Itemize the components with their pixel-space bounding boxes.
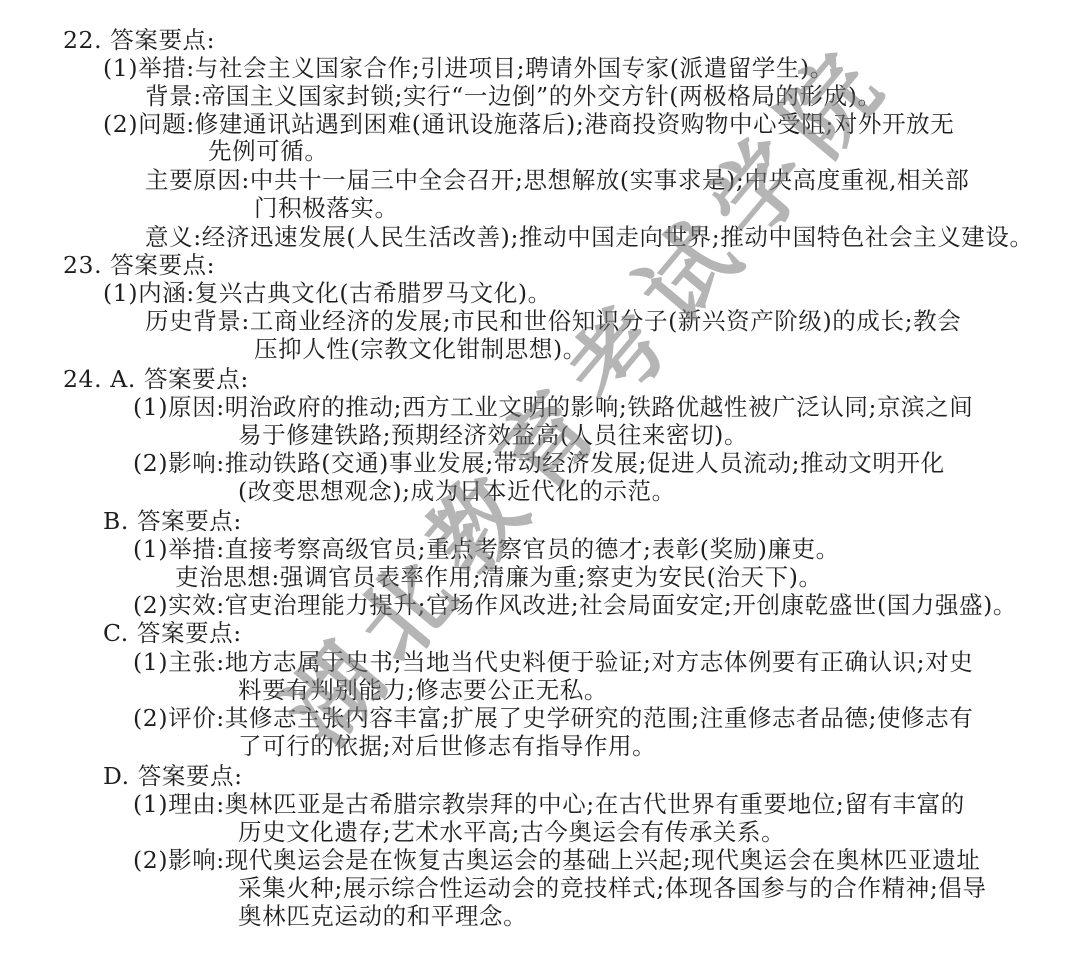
line-6: 门积极落实。 <box>254 194 399 222</box>
line-8: 23. 答案要点: <box>63 251 215 279</box>
line-4: 先例可循。 <box>208 137 329 165</box>
line-7: 意义:经济迅速发展(人民生活改善);推动中国走向世界;推动中国特色社会主义建设。 <box>145 223 1034 251</box>
line-24: (2)评价:其修志主张内容丰富;扩展了史学研究的范围;注重修志者品德;使修志有 <box>133 704 973 732</box>
line-11: 压抑人性(宗教文化钳制思想)。 <box>254 335 587 363</box>
line-26: D. 答案要点: <box>103 762 243 790</box>
line-29: (2)影响:现代奥运会是在恢复古奥运会的基础上兴起;现代奥运会在奥林匹亚遗址 <box>133 846 980 874</box>
line-25: 了可行的依据;对后世修志有指导作用。 <box>238 732 656 760</box>
line-5: 主要原因:中共十一届三中全会召开;思想解放(实事求是);中央高度重视,相关部 <box>145 166 969 194</box>
answer-key-page: 22. 答案要点: (1)举措:与社会主义国家合作;引进项目;聘请外国专家(派遣… <box>0 0 1080 955</box>
line-12: 24. A. 答案要点: <box>63 365 249 393</box>
line-15: (2)影响:推动铁路(交通)事业发展;带动经济发展;促进人员流动;推动文明开化 <box>133 449 945 477</box>
line-21: C. 答案要点: <box>103 619 242 647</box>
line-3: (2)问题:修建通讯站遇到困难(通讯设施落后);港商投资购物中心受阻;对外开放无 <box>103 110 954 138</box>
line-22: (1)主张:地方志属于史书;当地当代史料便于验证;对方志体例要有正确认识;对史 <box>133 648 973 676</box>
line-23: 料要有判别能力;修志要公正无私。 <box>238 676 608 704</box>
line-10: 历史背景:工商业经济的发展;市民和世俗知识分子(新兴资产阶级)的成长;教会 <box>145 307 961 335</box>
line-9: (1)内涵:复兴古典文化(古希腊罗马文化)。 <box>103 279 552 307</box>
line-17: B. 答案要点: <box>103 507 242 535</box>
line-2: 背景:帝国主义国家封锁;实行“一边倒”的外交方针(两极格局的形成)。 <box>145 82 882 110</box>
line-27: (1)理由:奥林匹亚是古希腊宗教崇拜的中心;在古代世界有重要地位;留有丰富的 <box>133 790 965 818</box>
line-0: 22. 答案要点: <box>63 26 215 54</box>
line-28: 历史文化遗存;艺术水平高;古今奥运会有传承关系。 <box>238 818 785 846</box>
line-19: 吏治思想:强调官员表率作用;清廉为重;察吏为安民(治天下)。 <box>175 563 823 591</box>
line-20: (2)实效:官吏治理能力提升;官场作风改进;社会局面安定;开创康乾盛世(国力强盛… <box>133 591 1017 619</box>
line-13: (1)原因:明治政府的推动;西方工业文明的影响;铁路优越性被广泛认同;京滨之间 <box>133 393 973 421</box>
line-31: 奥林匹克运动的和平理念。 <box>238 902 527 930</box>
line-16: (改变思想观念);成为日本近代化的示范。 <box>238 477 676 505</box>
line-30: 采集火种;展示综合性运动会的竞技样式;体现各国参与的合作精神;倡导 <box>238 874 987 902</box>
line-14: 易于修建铁路;预期经济效益高(人员往来密切)。 <box>238 421 748 449</box>
line-1: (1)举措:与社会主义国家合作;引进项目;聘请外国专家(派遣留学生)。 <box>103 54 834 82</box>
line-18: (1)举措:直接考察高级官员;重点考察官员的德才;表彰(奖励)廉吏。 <box>133 535 840 563</box>
